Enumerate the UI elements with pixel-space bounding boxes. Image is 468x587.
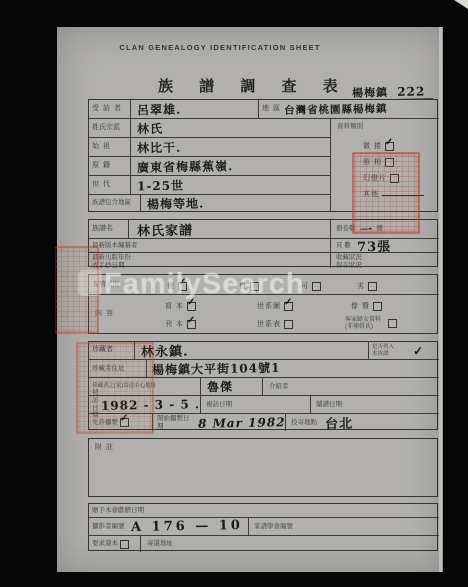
- paper-edge-highlight: [439, 27, 442, 572]
- content-option-portrait: 像 贊: [351, 301, 382, 311]
- publication-year-label-line1: 最新出版年份: [92, 254, 330, 262]
- numbering-table: 贈予本會獻贈日期 攝影者編號 A 176 — 10 家譜學會編號 要求還本 寄還…: [88, 503, 438, 551]
- lineage-table-checkbox: [284, 320, 293, 329]
- interviewee-value: 呂翠雄.: [137, 100, 181, 118]
- keeping-option-poor: 劣: [357, 281, 377, 291]
- notes-box: 附 註: [88, 438, 438, 497]
- interviewee-label: 受 訪 者: [92, 105, 122, 113]
- donation-date-label: 贈予本會獻贈日期: [92, 507, 144, 515]
- manuscript-checkbox: ✓: [187, 302, 196, 311]
- condition-label-line1: 收藏狀況: [336, 254, 439, 262]
- pages-label: 頁 數: [336, 242, 351, 250]
- origin-value: 廣東省梅縣蕉嶺.: [137, 157, 233, 176]
- content-option-hakka-women: 客家婦女資料 (非僅姓氏): [345, 315, 397, 333]
- printed-checkbox: ✓: [187, 320, 196, 329]
- listed-checkmark: ✓: [413, 344, 424, 358]
- fair-checkbox: [312, 282, 321, 291]
- familysearch-logo-watermark: [78, 270, 102, 296]
- content-option-lineage-table: 世系表: [257, 319, 293, 329]
- collector-address-value: 楊梅鎮大平街104號1: [152, 359, 281, 378]
- condition-label-line2: 保存狀況: [336, 262, 439, 270]
- revisit-label: 複訪日期: [206, 401, 232, 409]
- mailing-place-value: 台北: [325, 413, 353, 432]
- mailing-place-label: 投寄地點: [291, 419, 317, 427]
- content-option-manuscript: 寫 本 ✓: [165, 301, 196, 311]
- red-seal-lower-left: [76, 342, 154, 434]
- renewal-label: 續譜日期: [316, 401, 342, 409]
- generations-label: 世 代: [92, 181, 111, 189]
- microfilm-checkbox: ✓: [385, 142, 394, 151]
- listed-label-line1: 是否列入: [372, 344, 394, 351]
- filming-start-date-label: 開始攝製日期: [157, 415, 193, 431]
- page-ref-number: 222: [393, 84, 433, 100]
- poor-checkbox: [368, 282, 377, 291]
- origin-label: 原 籍: [92, 162, 111, 170]
- generations-value: 1-25世: [137, 176, 184, 194]
- english-title: CLAN GENEALOGY IDENTIFICATION SHEET: [0, 43, 440, 52]
- coverage-value: 楊梅等地.: [147, 194, 204, 212]
- return-original-checkbox: [120, 540, 129, 549]
- portrait-checkbox: [373, 302, 382, 311]
- photographer-number-label: 攝影者編號: [92, 523, 125, 531]
- hakka-women-checkbox: [388, 319, 397, 328]
- content-option-printed: 刊 本 ✓: [165, 319, 196, 329]
- mailing-center-value: 魯傑: [207, 378, 233, 395]
- clan-label: 姓氏宗派: [92, 124, 120, 132]
- clan-value: 林氏: [137, 119, 163, 136]
- red-seal-right: [352, 152, 420, 234]
- page-title: 族 譜 調 查 表: [150, 75, 353, 100]
- coverage-label: 族譜包含地區: [92, 199, 131, 207]
- film-corner-notch: [454, 0, 468, 9]
- lineage-chart-checkbox: ✓: [284, 302, 293, 311]
- familysearch-watermark: FamilySearch: [104, 268, 305, 301]
- ancestor-label: 始 祖: [92, 143, 111, 151]
- return-address-label: 寄還地址: [147, 540, 173, 548]
- microfilm-scan-frame: CLAN GENEALOGY IDENTIFICATION SHEET 族 譜 …: [0, 0, 468, 587]
- notes-label: 附 註: [95, 444, 114, 452]
- book-name-value: 林氏家譜: [137, 219, 193, 239]
- listed-label-line2: 本族譜: [372, 351, 394, 358]
- category-option-microfilm: 微 捲 ✓: [363, 141, 394, 151]
- region-value: 台灣省桃園縣楊梅鎮: [284, 101, 388, 118]
- filming-start-date-value: 8 Mar 1982: [197, 415, 285, 431]
- page-ref-prefix: 楊梅鎮: [352, 86, 388, 100]
- return-original-label: 要求還本: [92, 540, 118, 548]
- book-name-label: 族譜名: [92, 225, 113, 233]
- region-label: 地 區: [262, 105, 281, 113]
- introducer-label: 介紹者: [269, 383, 289, 391]
- ancestor-value: 林比干.: [137, 138, 181, 156]
- society-number-label: 家譜學會編號: [254, 523, 293, 531]
- category-label: 資料類別: [337, 123, 363, 131]
- photographer-number-value: A 176 — 10: [130, 518, 242, 535]
- content-option-lineage-chart: 世系圖 ✓: [257, 301, 293, 311]
